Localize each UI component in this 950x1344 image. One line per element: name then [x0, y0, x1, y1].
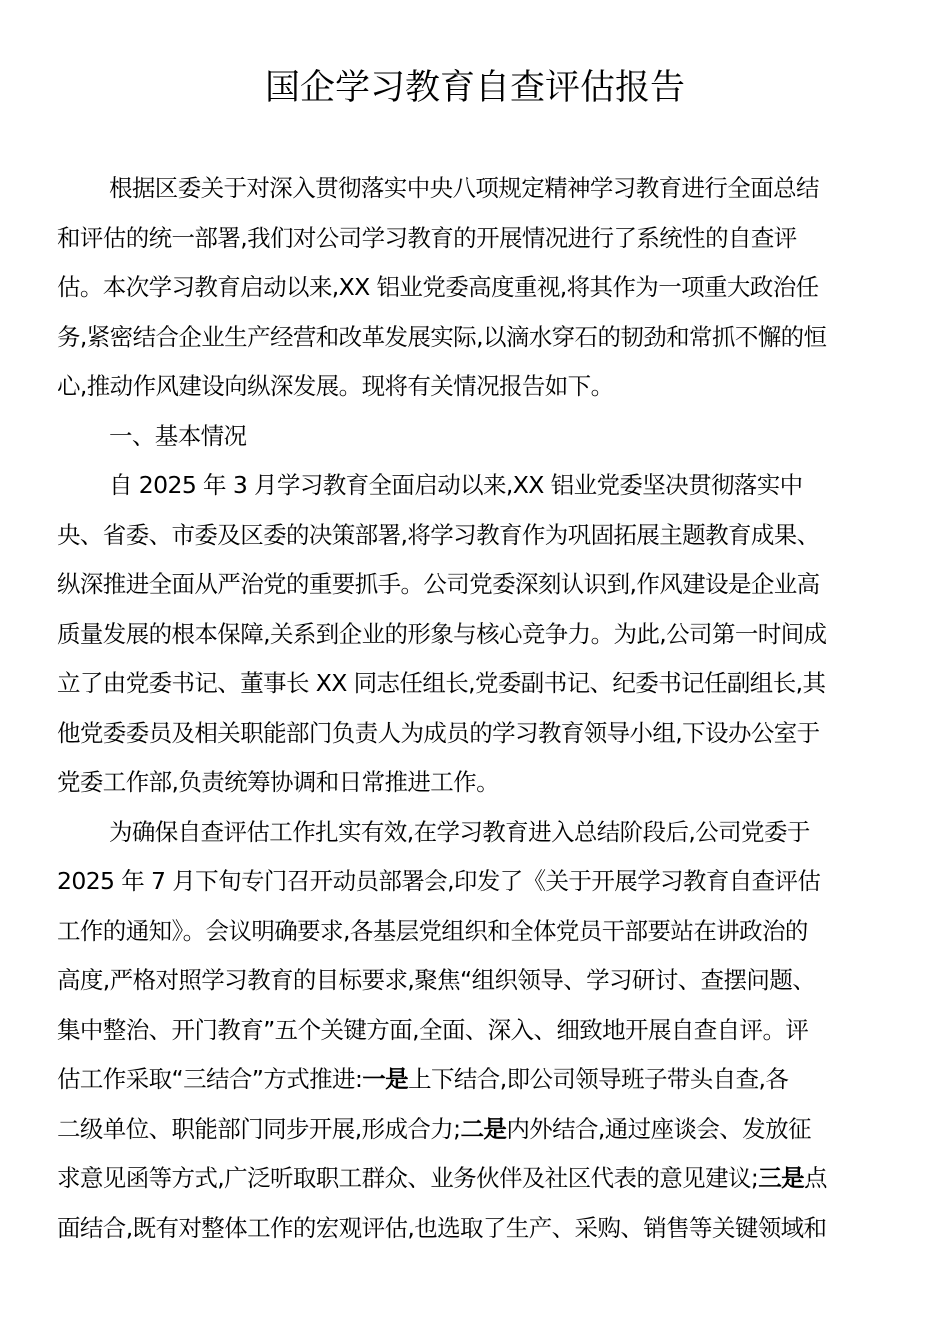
- text-line: 根据区委关于对深入贯彻落实中央八项规定精神学习教育进行全面总结: [57, 164, 893, 214]
- text-line: 集中整治、开门教育”五个关键方面,全面、深入、细致地开展自查自评。评: [57, 1006, 893, 1056]
- document-body: 根据区委关于对深入贯彻落实中央八项规定精神学习教育进行全面总结 和评估的统一部署…: [57, 164, 893, 1253]
- document-page: 国企学习教育自查评估报告 根据区委关于对深入贯彻落实中央八项规定精神学习教育进行…: [0, 0, 950, 1344]
- text-line-mixed: 求意见函等方式,广泛听取职工群众、业务伙伴及社区代表的意见建议;三是点: [57, 1154, 893, 1204]
- text-segment: 二级单位、职能部门同步开展,形成合力;: [57, 1115, 461, 1143]
- text-line-mixed: 二级单位、职能部门同步开展,形成合力;二是内外结合,通过座谈会、发放征: [57, 1105, 893, 1155]
- bold-marker-second: 二是: [461, 1115, 507, 1143]
- text-line: 务,紧密结合企业生产经营和改革发展实际,以滴水穿石的韧劲和常抓不懈的恒: [57, 313, 893, 363]
- text-line: 和评估的统一部署,我们对公司学习教育的开展情况进行了系统性的自查评: [57, 214, 893, 264]
- text-segment: 内外结合,通过座谈会、发放征: [506, 1115, 811, 1143]
- paragraph-self-assessment: 为确保自查评估工作扎实有效,在学习教育进入总结阶段后,公司党委于 2025 年 …: [57, 808, 893, 1254]
- text-segment: 估工作采取“三结合”方式推进:: [57, 1065, 362, 1093]
- paragraph-basic-situation: 自 2025 年 3 月学习教育全面启动以来,XX 铝业党委坚决贯彻落实中 央、…: [57, 461, 893, 808]
- text-line: 估。本次学习教育启动以来,XX 铝业党委高度重视,将其作为一项重大政治任: [57, 263, 893, 313]
- text-line: 高度,严格对照学习教育的目标要求,聚焦“组织领导、学习研讨、查摆问题、: [57, 956, 893, 1006]
- text-line: 立了由党委书记、董事长 XX 同志任组长,党委副书记、纪委书记任副组长,其: [57, 659, 893, 709]
- section-heading-basic-situation: 一、基本情况: [57, 412, 893, 462]
- text-line: 工作的通知》。会议明确要求,各基层党组织和全体党员干部要站在讲政治的: [57, 907, 893, 957]
- text-segment: 求意见函等方式,广泛听取职工群众、业务伙伴及社区代表的意见建议;: [57, 1164, 758, 1192]
- text-line: 纵深推进全面从严治党的重要抓手。公司党委深刻认识到,作风建设是企业高: [57, 560, 893, 610]
- text-line: 2025 年 7 月下旬专门召开动员部署会,印发了《关于开展学习教育自查评估: [57, 857, 893, 907]
- paragraph-intro: 根据区委关于对深入贯彻落实中央八项规定精神学习教育进行全面总结 和评估的统一部署…: [57, 164, 893, 412]
- text-line: 质量发展的根本保障,关系到企业的形象与核心竞争力。为此,公司第一时间成: [57, 610, 893, 660]
- text-line: 党委工作部,负责统筹协调和日常推进工作。: [57, 758, 893, 808]
- text-line: 心,推动作风建设向纵深发展。现将有关情况报告如下。: [57, 362, 893, 412]
- text-line: 央、省委、市委及区委的决策部署,将学习教育作为巩固拓展主题教育成果、: [57, 511, 893, 561]
- document-title: 国企学习教育自查评估报告: [0, 66, 950, 110]
- bold-marker-first: 一是: [362, 1065, 408, 1093]
- text-line: 为确保自查评估工作扎实有效,在学习教育进入总结阶段后,公司党委于: [57, 808, 893, 858]
- text-line: 自 2025 年 3 月学习教育全面启动以来,XX 铝业党委坚决贯彻落实中: [57, 461, 893, 511]
- bold-marker-third: 三是: [758, 1164, 804, 1192]
- text-segment: 点: [804, 1164, 827, 1192]
- text-line: 面结合,既有对整体工作的宏观评估,也选取了生产、采购、销售等关键领域和: [57, 1204, 893, 1254]
- text-line: 他党委委员及相关职能部门负责人为成员的学习教育领导小组,下设办公室于: [57, 709, 893, 759]
- text-segment: 上下结合,即公司领导班子带头自查,各: [408, 1065, 788, 1093]
- text-line-mixed: 估工作采取“三结合”方式推进:一是上下结合,即公司领导班子带头自查,各: [57, 1055, 893, 1105]
